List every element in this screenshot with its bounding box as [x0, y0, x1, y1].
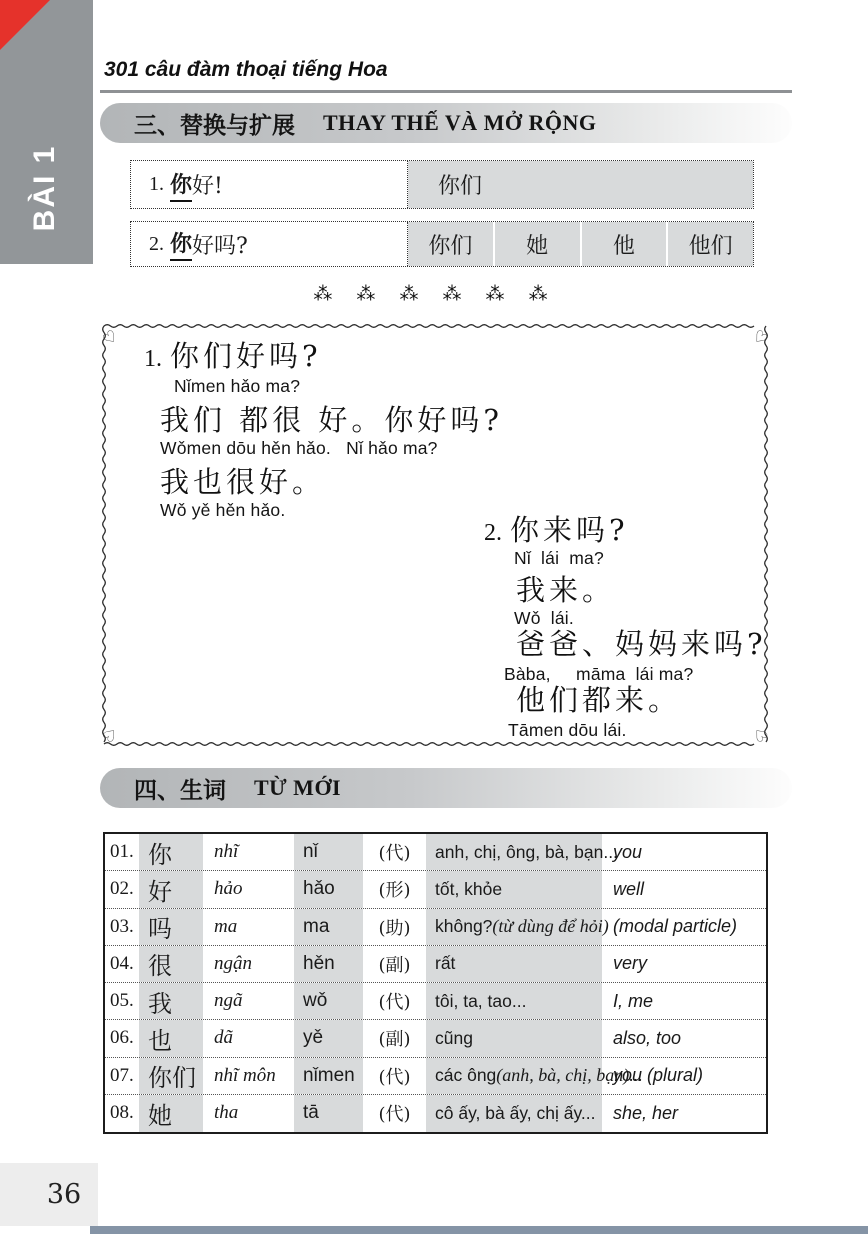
- drill-2-rest: 好吗?: [192, 229, 248, 260]
- dialogue-line-pinyin: Nǐ lái ma?: [514, 548, 604, 569]
- vocab-pinyin: nǐ: [294, 834, 365, 870]
- vocab-hanzi: 你: [139, 834, 205, 870]
- section-header-substitution: 三、替换与扩展 THAY THẾ VÀ MỞ RỘNG: [100, 103, 792, 143]
- vocab-meaning-vietnamese: tôi, ta, tao...: [426, 983, 604, 1019]
- vocab-meaning-english: you: [604, 834, 766, 870]
- section-header-vocabulary: 四、生词 TỪ MỚI: [100, 768, 792, 808]
- dialogue-line-chinese: 我们 都很 好。你好吗?: [160, 398, 503, 439]
- asterism-ornament-row: ⁂ ⁂ ⁂ ⁂ ⁂ ⁂: [100, 283, 770, 305]
- drill-2-sub-cell: 他: [582, 222, 667, 266]
- vocab-part-of-speech: (代): [365, 1058, 426, 1094]
- dialogue-line-pinyin: Nǐmen hǎo ma?: [174, 376, 300, 397]
- vocab-hanzi: 也: [139, 1020, 205, 1056]
- vocab-meaning-vietnamese: rất: [426, 946, 604, 982]
- vocab-part-of-speech: (助): [365, 909, 426, 945]
- drill-1-number: 1.: [149, 173, 164, 196]
- vi-main: không?: [435, 916, 492, 937]
- vocab-part-of-speech: (代): [365, 1095, 426, 1132]
- vocab-row: 02. 好 hảo hǎo (形) tốt, khỏe well: [105, 871, 766, 908]
- drill-2-sentence: 2. 你 好吗?: [131, 222, 408, 266]
- drill-2-sub-cell: 他们: [668, 222, 753, 266]
- vocab-hanzi: 我: [139, 983, 205, 1019]
- vocab-row: 01. 你 nhĩ nǐ (代) anh, chị, ông, bà, bạn.…: [105, 834, 766, 871]
- dialogue-number: 2.: [484, 520, 502, 546]
- vi-main: các ông: [435, 1065, 496, 1086]
- vocab-index: 08.: [105, 1095, 139, 1132]
- vocab-part-of-speech: (副): [365, 946, 426, 982]
- vocab-hanzi: 吗: [139, 909, 205, 945]
- drill-2-headword: 你: [170, 227, 192, 261]
- drill-1-sentence: 1. 你 好!: [131, 161, 408, 208]
- vi-note: (từ dùng để hỏi): [492, 916, 608, 937]
- section-title-chinese: 四、生词: [134, 772, 226, 805]
- drill-2-number: 2.: [149, 233, 164, 256]
- section-title-chinese: 三、替换与扩展: [134, 107, 295, 140]
- drill-1-headword: 你: [170, 168, 192, 202]
- vocab-meaning-vietnamese: cũng: [426, 1020, 604, 1056]
- vi-main: cũng: [435, 1028, 473, 1049]
- vocab-row: 05. 我 ngã wǒ (代) tôi, ta, tao... I, me: [105, 983, 766, 1020]
- dialogue-line-chinese: 我也很好。: [160, 460, 325, 501]
- drill-2-sub-cell: 你们: [408, 222, 493, 266]
- lesson-sidebar: BÀI 1: [0, 0, 93, 264]
- vocab-row: 08. 她 tha tā (代) cô ấy, bà ấy, chị ấy...…: [105, 1095, 766, 1132]
- vi-main: tôi, ta, tao...: [435, 991, 526, 1012]
- vi-main: tốt, khỏe: [435, 879, 502, 900]
- vocab-hanzi: 你们: [139, 1058, 205, 1094]
- vocab-meaning-vietnamese: cô ấy, bà ấy, chị ấy...: [426, 1095, 604, 1132]
- dialogue-line-pinyin: Tāmen dōu lái.: [508, 720, 627, 741]
- dialogue-line-chinese: 1.你们好吗?: [144, 334, 322, 375]
- drill-1-rest: 好!: [192, 169, 223, 200]
- vocab-meaning-english: also, too: [604, 1020, 766, 1056]
- vocab-index: 03.: [105, 909, 139, 945]
- vocab-meaning-english: very: [604, 946, 766, 982]
- vocab-pinyin: ma: [294, 909, 365, 945]
- vocab-hanviet: tha: [205, 1095, 294, 1132]
- vocab-row: 04. 很 ngận hěn (副) rất very: [105, 946, 766, 983]
- dialogue-line-chinese: 他们都来。: [516, 678, 681, 719]
- dialogue-line-chinese: 我来。: [516, 568, 615, 609]
- vocab-hanviet: ngã: [205, 983, 294, 1019]
- vocab-meaning-vietnamese: anh, chị, ông, bà, bạn...: [426, 834, 604, 870]
- page-number-block: 36: [0, 1163, 98, 1226]
- vocab-part-of-speech: (形): [365, 871, 426, 907]
- vocab-row: 07. 你们 nhĩ môn nǐmen (代) các ông (anh, b…: [105, 1058, 766, 1095]
- dialogue-line-chinese: 爸爸、妈妈来吗?: [516, 622, 767, 663]
- vocab-hanviet: nhĩ môn: [205, 1058, 294, 1094]
- dialogue-line-pinyin: Wǒ yě hěn hǎo.: [160, 500, 285, 521]
- vocab-pinyin: tā: [294, 1095, 365, 1132]
- vocab-row: 03. 吗 ma ma (助) không? (từ dùng để hỏi) …: [105, 909, 766, 946]
- vocab-index: 04.: [105, 946, 139, 982]
- vocab-meaning-vietnamese: không? (từ dùng để hỏi): [426, 909, 604, 945]
- lesson-label: BÀI 1: [28, 117, 68, 259]
- vocab-meaning-vietnamese: các ông (anh, bà, chị, bạn)...: [426, 1058, 604, 1094]
- page-number: 36: [47, 1179, 81, 1210]
- dialogue-line-chinese: 2.你来吗?: [484, 508, 629, 549]
- vocab-index: 02.: [105, 871, 139, 907]
- textbook-page: { "page": { "book_title": "301 câu đàm t…: [0, 0, 868, 1234]
- vocab-hanviet: hảo: [205, 871, 294, 907]
- drill-1-substitutions: 你们: [408, 161, 753, 208]
- vocab-index: 07.: [105, 1058, 139, 1094]
- drill-1-sub-cell: 你们: [408, 169, 482, 200]
- vocab-meaning-english: I, me: [604, 983, 766, 1019]
- vocab-index: 06.: [105, 1020, 139, 1056]
- substitution-drill-2: 2. 你 好吗? 你们 她 他 他们: [130, 221, 754, 267]
- vocab-row: 06. 也 dã yě (副) cũng also, too: [105, 1020, 766, 1057]
- vocab-pinyin: yě: [294, 1020, 365, 1056]
- vocab-pinyin: wǒ: [294, 983, 365, 1019]
- vocab-hanzi: 很: [139, 946, 205, 982]
- drill-2-sub-cell: 她: [495, 222, 580, 266]
- header-rule: [100, 90, 792, 93]
- vocab-meaning-vietnamese: tốt, khỏe: [426, 871, 604, 907]
- vocab-hanzi: 她: [139, 1095, 205, 1132]
- vocab-hanviet: ma: [205, 909, 294, 945]
- vi-main: rất: [435, 953, 455, 974]
- substitution-drill-1: 1. 你 好! 你们: [130, 160, 754, 209]
- drill-2-substitutions: 你们 她 他 他们: [408, 222, 753, 266]
- vocab-pinyin: hǎo: [294, 871, 365, 907]
- vocab-part-of-speech: (副): [365, 1020, 426, 1056]
- vocab-part-of-speech: (代): [365, 834, 426, 870]
- vi-main: cô ấy, bà ấy, chị ấy...: [435, 1103, 596, 1124]
- dialogue-text: 你来吗?: [510, 513, 629, 547]
- book-title: 301 câu đàm thoại tiếng Hoa: [104, 58, 388, 82]
- dialogue-box: ♡ ♡ ♡ ♡ 1.你们好吗? Nǐmen hǎo ma? 我们 都很 好。你好…: [100, 322, 770, 748]
- section-title-vietnamese: THAY THẾ VÀ MỞ RỘNG: [323, 110, 597, 136]
- vocab-hanzi: 好: [139, 871, 205, 907]
- vocab-pinyin: nǐmen: [294, 1058, 365, 1094]
- vocab-meaning-english: she, her: [604, 1095, 766, 1132]
- vocab-meaning-english: well: [604, 871, 766, 907]
- vocab-index: 05.: [105, 983, 139, 1019]
- vocab-meaning-english: you (plural): [604, 1058, 766, 1094]
- vocab-pinyin: hěn: [294, 946, 365, 982]
- dialogue-text: 你们好吗?: [170, 339, 322, 373]
- vocab-hanviet: ngận: [205, 946, 294, 982]
- vocab-meaning-english: (modal particle): [604, 909, 766, 945]
- vocab-hanviet: nhĩ: [205, 834, 294, 870]
- vocab-hanviet: dã: [205, 1020, 294, 1056]
- dialogue-line-pinyin: Wǒmen dōu hěn hǎo. Nǐ hǎo ma?: [160, 438, 438, 459]
- footer-bar-decoration: [90, 1226, 868, 1234]
- vocab-part-of-speech: (代): [365, 983, 426, 1019]
- dialogue-number: 1.: [144, 346, 162, 372]
- vocab-index: 01.: [105, 834, 139, 870]
- section-title-vietnamese: TỪ MỚI: [254, 775, 341, 801]
- vi-main: anh, chị, ông, bà, bạn...: [435, 842, 618, 863]
- vocabulary-table: 01. 你 nhĩ nǐ (代) anh, chị, ông, bà, bạn.…: [103, 832, 768, 1134]
